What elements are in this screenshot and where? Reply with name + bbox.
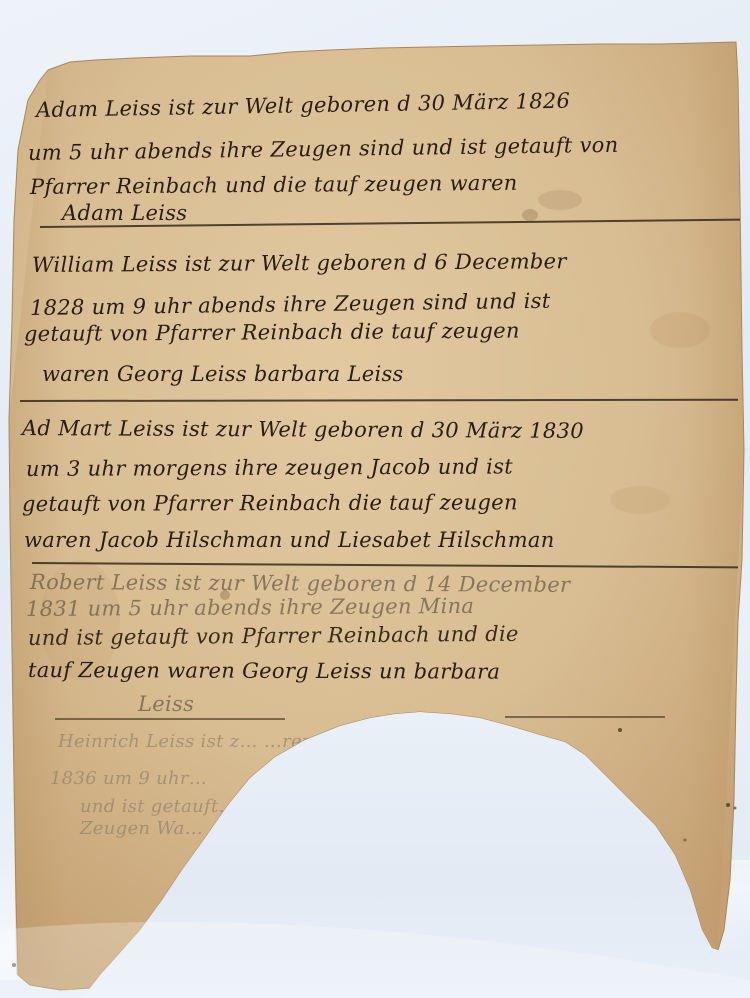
torn-area-mask xyxy=(0,0,750,998)
